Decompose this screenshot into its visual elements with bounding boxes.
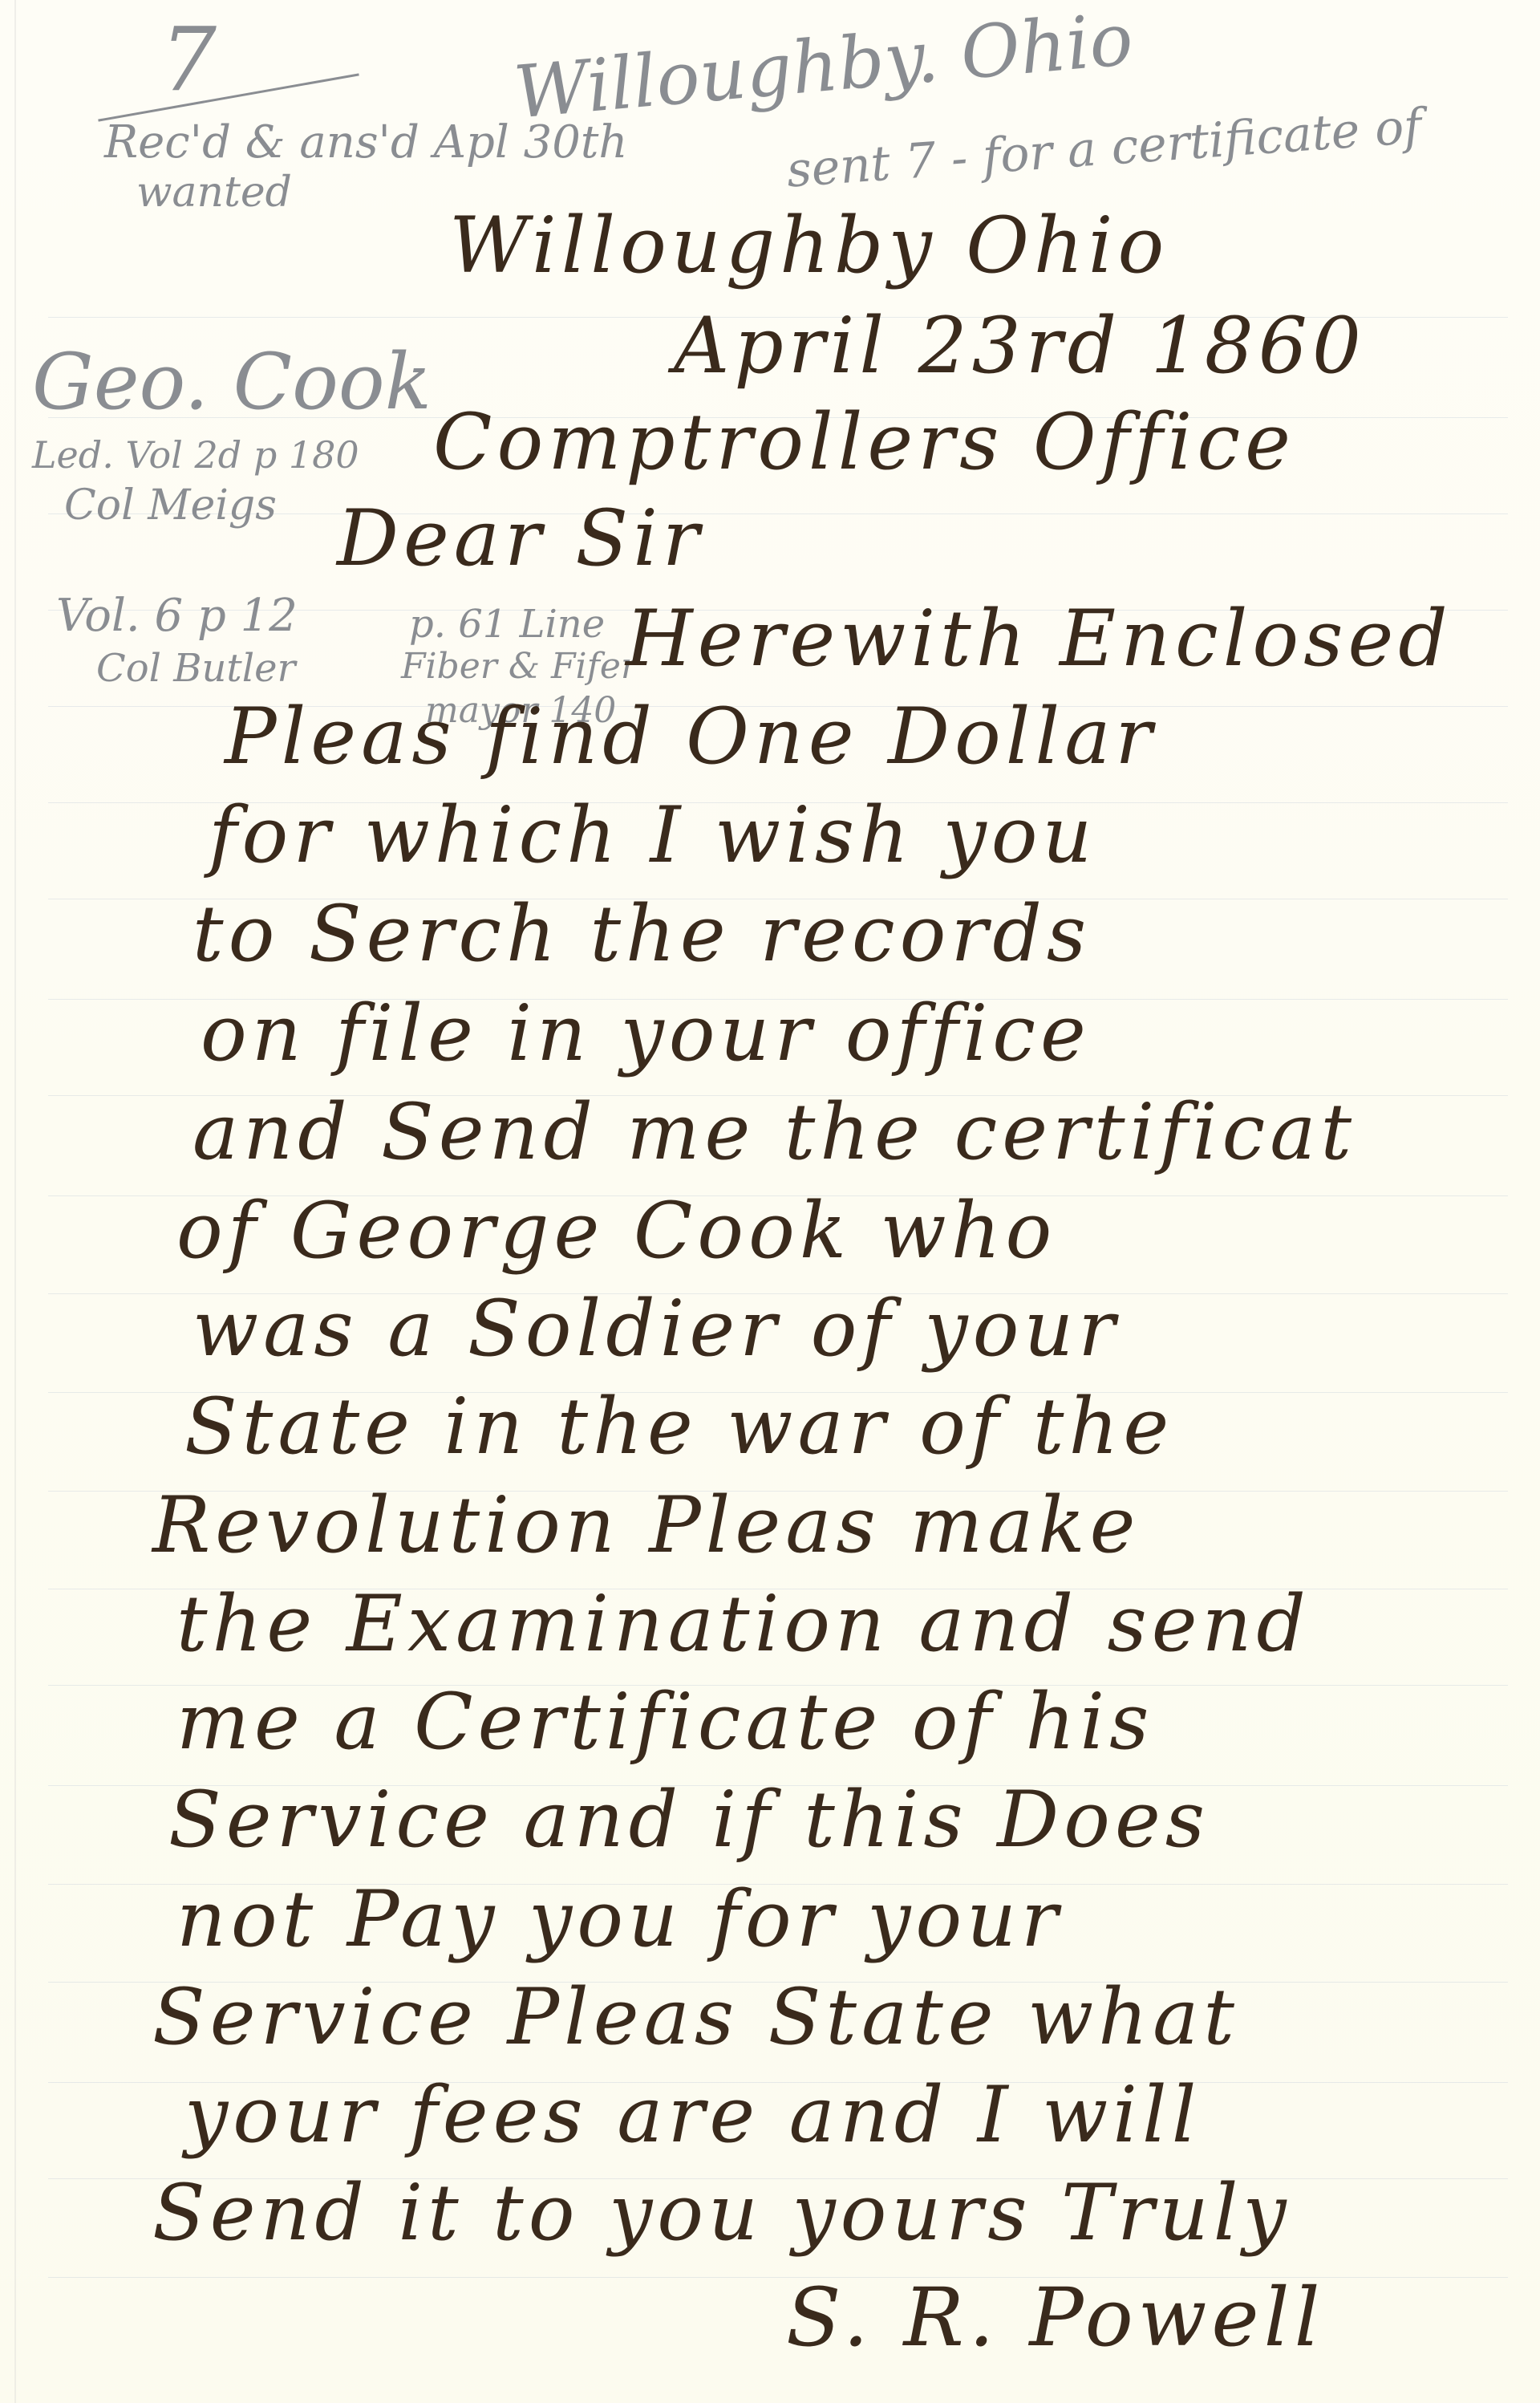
letter-line: Herewith Enclosed [626, 594, 1453, 684]
letter-line: to Serch the records [192, 889, 1091, 979]
letter-line: Send it to you yours Truly [152, 2168, 1291, 2258]
ledger-colonel: Col Meigs [64, 481, 277, 530]
letter-addressee: Comptrollers Office [433, 397, 1295, 487]
letter-line: not Pay you for your [176, 1874, 1063, 1964]
sent-note: sent 7 - for a certificate of [785, 98, 1424, 198]
letter-line: Revolution Pleas make [152, 1480, 1140, 1570]
letter-line: and Send me the certificat [192, 1087, 1356, 1177]
letter-salutation: Dear Sir [337, 493, 704, 583]
paper-crease [14, 0, 16, 2403]
letter-line: me a Certificate of his [176, 1677, 1153, 1767]
volume-colonel: Col Butler [96, 646, 295, 691]
pencil-header-place: Willoughby. Ohio [511, 0, 1137, 136]
letter-line: was a Soldier of your [192, 1284, 1120, 1374]
annotation-name: Geo. Cook [32, 337, 432, 427]
letter-line: on file in your office [201, 988, 1091, 1078]
letter-line: Pleas find One Dollar [225, 692, 1157, 781]
folio-number: 7 [160, 8, 217, 111]
bracket-reference-2: Fiber & Fifer [401, 646, 638, 687]
letter-line: your fees are and I will [184, 2070, 1201, 2160]
letter-date: April 23rd 1860 [674, 301, 1366, 391]
received-note-wanted: wanted [136, 168, 292, 217]
letter-line: Service Pleas State what [152, 1972, 1239, 2062]
bracket-reference-1: p. 61 Line [409, 602, 605, 647]
folio-underline [98, 73, 359, 121]
letter-line: the Examination and send [176, 1579, 1311, 1669]
letter-place: Willoughby Ohio [449, 201, 1169, 290]
letter-line: State in the war of the [184, 1382, 1173, 1471]
ledger-reference: Led. Vol 2d p 180 [32, 433, 359, 477]
letter-line: of George Cook who [176, 1186, 1056, 1276]
letter-line: for which I wish you [209, 790, 1096, 880]
letter-page: 7 Rec'd & ans'd Apl 30th wanted Willough… [0, 0, 1540, 2403]
signature: S. R. Powell [786, 2271, 1325, 2364]
letter-line: Service and if this Does [168, 1775, 1210, 1865]
volume-reference: Vol. 6 p 12 [56, 590, 298, 642]
